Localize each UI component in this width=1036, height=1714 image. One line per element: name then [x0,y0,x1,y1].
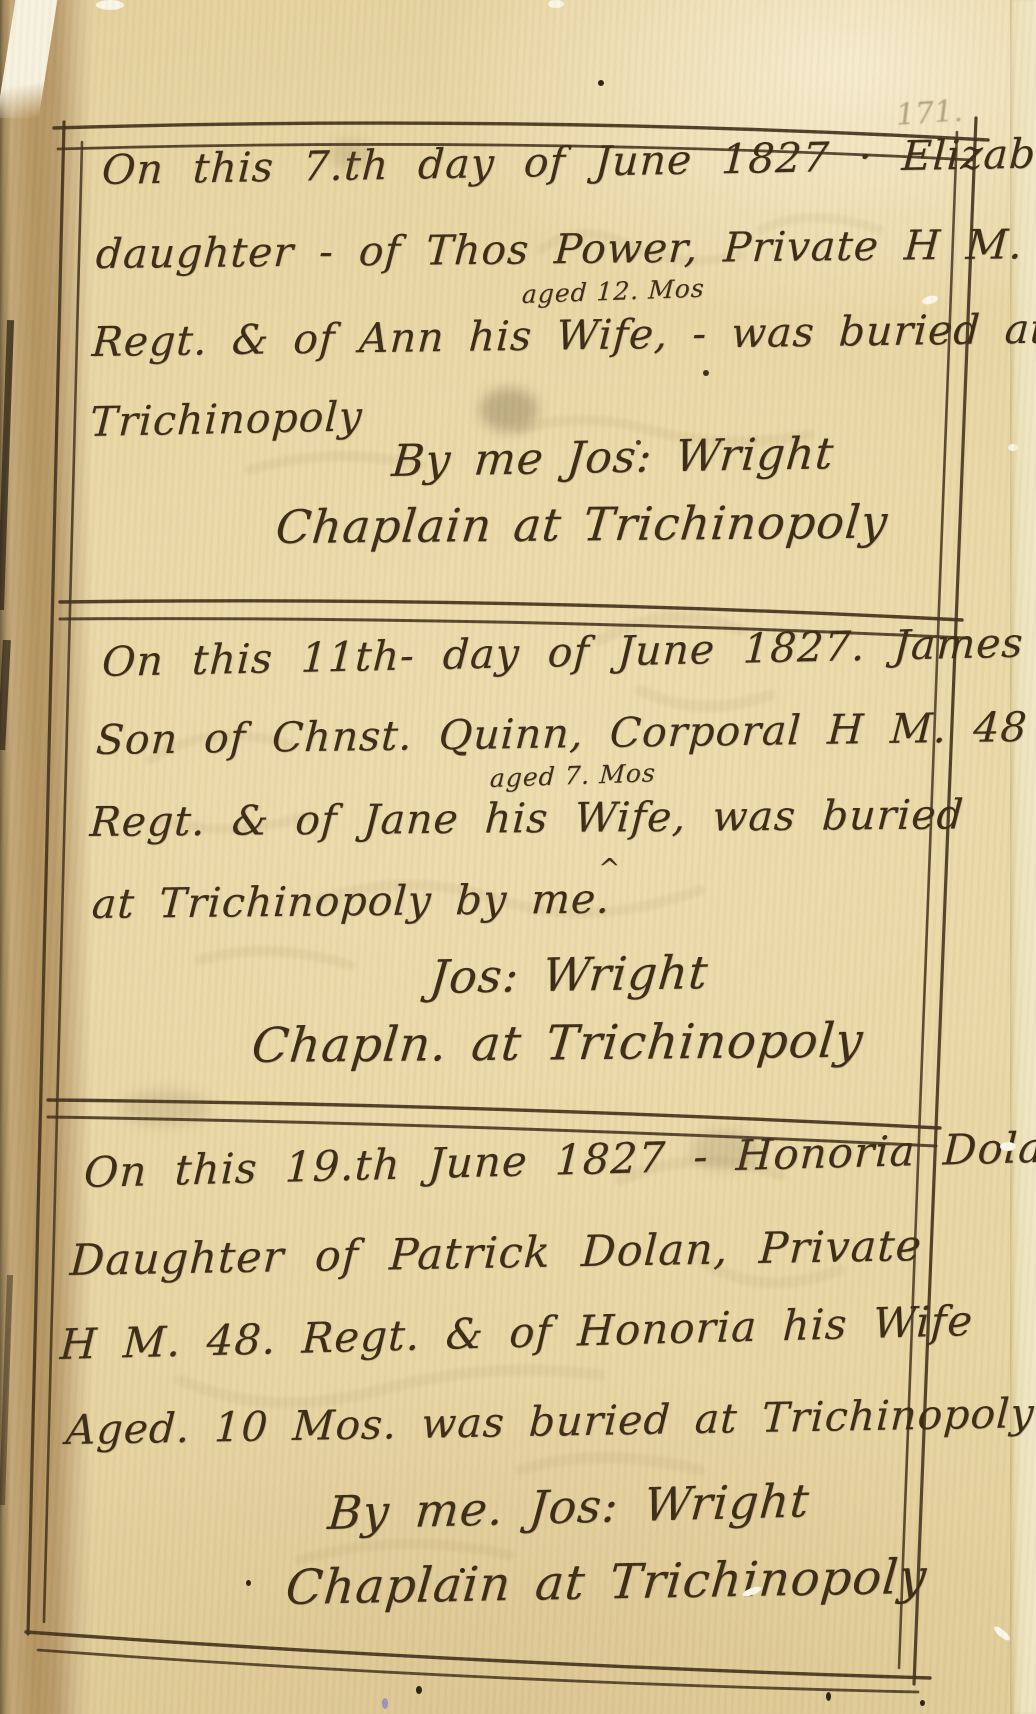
entry-2-line-3: Regt. & of Jane his Wife, was buried [89,790,966,846]
entry-2-signature-line-1: Jos: Wright [428,945,711,1004]
ink-speck [920,1700,925,1706]
ink-smudge [480,388,538,432]
paper-damage-speck [96,0,124,10]
entry-1-line-4: Trichinopoly [89,392,364,446]
ink-speck [416,1686,422,1694]
entry-2-interlinear-note: aged 7. Mos [489,758,656,793]
ink-speck [460,1568,465,1573]
ink-speck [246,1580,251,1586]
ink-smudge [690,1130,760,1170]
register-page-scan: 171. [0,0,1036,1714]
ink-smudge [330,140,370,170]
paper-damage-speck [1008,444,1018,451]
entry-1-line-2: daughter - of Thos Power, Private H M. 4… [95,219,1036,278]
ink-speck [636,440,641,445]
ink-speck [826,1692,831,1701]
entry-2-line-4: at Trichinopoly by me. [91,875,612,928]
entry-1-signature-line-1: By me Jos: Wright [390,428,836,487]
ink-speck [703,370,709,376]
ink-speck [598,80,604,86]
entry-1-signature-line-2: Chaplain at Trichinopoly [273,495,890,554]
pigment-speck [382,1698,388,1709]
entry-2-signature-line-2: Chapln. at Trichinopoly [249,1013,866,1074]
entry-3-signature-line-2: Chaplain at Trichinopoly [284,1549,930,1616]
ink-smudge [120,1090,210,1126]
paper-damage-speck [1000,1142,1016,1151]
paper-damage-speck [548,0,564,8]
